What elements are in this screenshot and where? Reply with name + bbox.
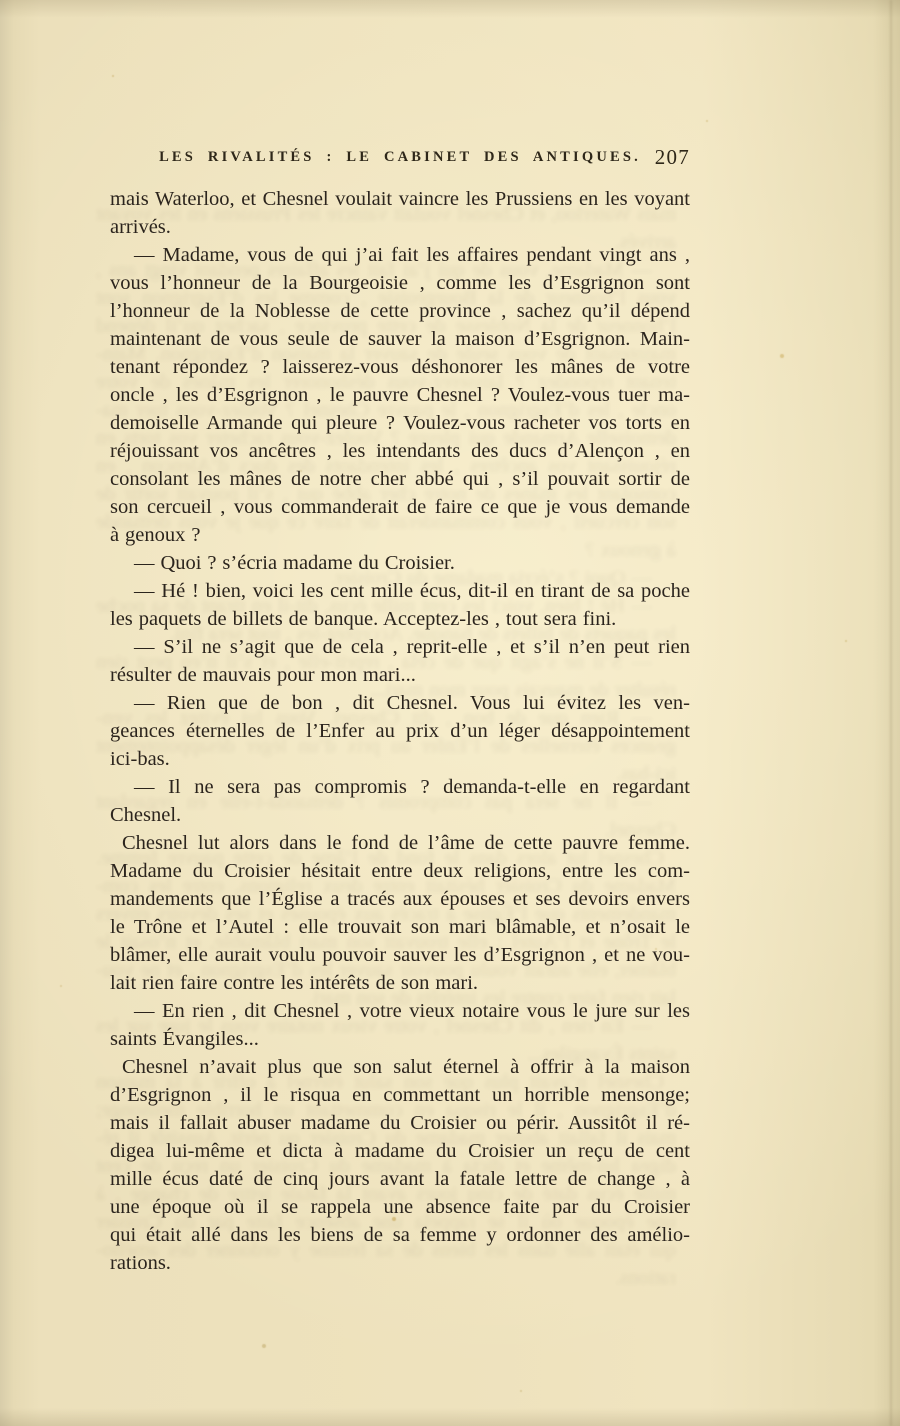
page-body: mais Waterloo, et Chesnel voulait vaincr… bbox=[110, 185, 690, 1277]
paragraph: — Rien que de bon , dit Chesnel. Vous lu… bbox=[110, 689, 690, 773]
page-edge-line bbox=[890, 0, 892, 1426]
text-line: Chesnel lut alors dans le fond de l’âme … bbox=[110, 829, 690, 857]
text-line: le Trône et l’Autel : elle trouvait son … bbox=[110, 913, 690, 941]
running-header-title: LES RIVALITÉS : LE CABINET DES ANTIQUES. bbox=[110, 149, 690, 166]
text-line: mais Waterloo, et Chesnel voulait vaincr… bbox=[110, 185, 690, 213]
text-line: geances éternelles de l’Enfer au prix d’… bbox=[110, 717, 690, 745]
page-edge-shade-top bbox=[0, 0, 900, 18]
text-line: l’honneur de la Noblesse de cette provin… bbox=[110, 297, 690, 325]
text-line: — Madame, vous de qui j’ai fait les affa… bbox=[110, 241, 690, 269]
page-edge-shade-bottom bbox=[0, 1408, 900, 1426]
text-line: — S’il ne s’agit que de cela , reprit-el… bbox=[110, 633, 690, 661]
text-line: arrivés. bbox=[110, 213, 690, 241]
text-line: qui était allé dans les biens de sa femm… bbox=[110, 1221, 690, 1249]
text-line: lait rien faire contre les intérêts de s… bbox=[110, 969, 690, 997]
text-line: blâmer, elle aurait voulu pouvoir sauver… bbox=[110, 941, 690, 969]
running-header: LES RIVALITÉS : LE CABINET DES ANTIQUES.… bbox=[110, 149, 690, 175]
text-line: d’Esgrignon , il le risqua en commettant… bbox=[110, 1081, 690, 1109]
page-number: 207 bbox=[655, 145, 690, 170]
text-line: une époque où il se rappela une absence … bbox=[110, 1193, 690, 1221]
text-line: vous l’honneur de la Bourgeoisie , comme… bbox=[110, 269, 690, 297]
paragraph: — En rien , dit Chesnel , votre vieux no… bbox=[110, 997, 690, 1053]
text-line: — Quoi ? s’écria madame du Croisier. bbox=[110, 549, 690, 577]
text-line: ici-bas. bbox=[110, 745, 690, 773]
paragraph: Chesnel n’avait plus que son salut étern… bbox=[110, 1053, 690, 1277]
text-line: — Il ne sera pas compromis ? demanda-t-e… bbox=[110, 773, 690, 801]
text-line: résulter de mauvais pour mon mari... bbox=[110, 661, 690, 689]
text-line: les paquets de billets de banque. Accept… bbox=[110, 605, 690, 633]
text-line: — Hé ! bien, voici les cent mille écus, … bbox=[110, 577, 690, 605]
text-line: Chesnel. bbox=[110, 801, 690, 829]
text-line: mais il fallait abuser madame du Croisie… bbox=[110, 1109, 690, 1137]
text-line: — Rien que de bon , dit Chesnel. Vous lu… bbox=[110, 689, 690, 717]
text-line: tenant répondez ? laisserez-vous déshono… bbox=[110, 353, 690, 381]
paper-speckles bbox=[0, 0, 2, 2]
text-line: rations. bbox=[110, 1249, 690, 1277]
text-line: oncle , les d’Esgrignon , le pauvre Ches… bbox=[110, 381, 690, 409]
paragraph: — Hé ! bien, voici les cent mille écus, … bbox=[110, 577, 690, 633]
text-line: demoiselle Armande qui pleure ? Voulez-v… bbox=[110, 409, 690, 437]
text-line: réjouissant vos ancêtres , les intendant… bbox=[110, 437, 690, 465]
text-line: mille écus daté de cinq jours avant la f… bbox=[110, 1165, 690, 1193]
paragraph: — Madame, vous de qui j’ai fait les affa… bbox=[110, 241, 690, 549]
book-page-scan: mais Waterloo, et Chesnel voulait vaincr… bbox=[0, 0, 900, 1426]
paragraph: mais Waterloo, et Chesnel voulait vaincr… bbox=[110, 185, 690, 241]
text-line: Madame du Croisier hésitait entre deux r… bbox=[110, 857, 690, 885]
paragraph: — S’il ne s’agit que de cela , reprit-el… bbox=[110, 633, 690, 689]
text-line: saints Évangiles... bbox=[110, 1025, 690, 1053]
text-line: — En rien , dit Chesnel , votre vieux no… bbox=[110, 997, 690, 1025]
text-line: à genoux ? bbox=[110, 521, 690, 549]
text-line: Chesnel n’avait plus que son salut étern… bbox=[110, 1053, 690, 1081]
text-line: digea lui-même et dicta à madame du Croi… bbox=[110, 1137, 690, 1165]
paragraph: — Quoi ? s’écria madame du Croisier. bbox=[110, 549, 690, 577]
text-line: mandements que l’Église a tracés aux épo… bbox=[110, 885, 690, 913]
text-line: consolant les mânes de notre cher abbé q… bbox=[110, 465, 690, 493]
paragraph: Chesnel lut alors dans le fond de l’âme … bbox=[110, 829, 690, 997]
text-line: son cercueil , vous commanderait de fair… bbox=[110, 493, 690, 521]
text-line: maintenant de vous seule de sauver la ma… bbox=[110, 325, 690, 353]
paragraph: — Il ne sera pas compromis ? demanda-t-e… bbox=[110, 773, 690, 829]
